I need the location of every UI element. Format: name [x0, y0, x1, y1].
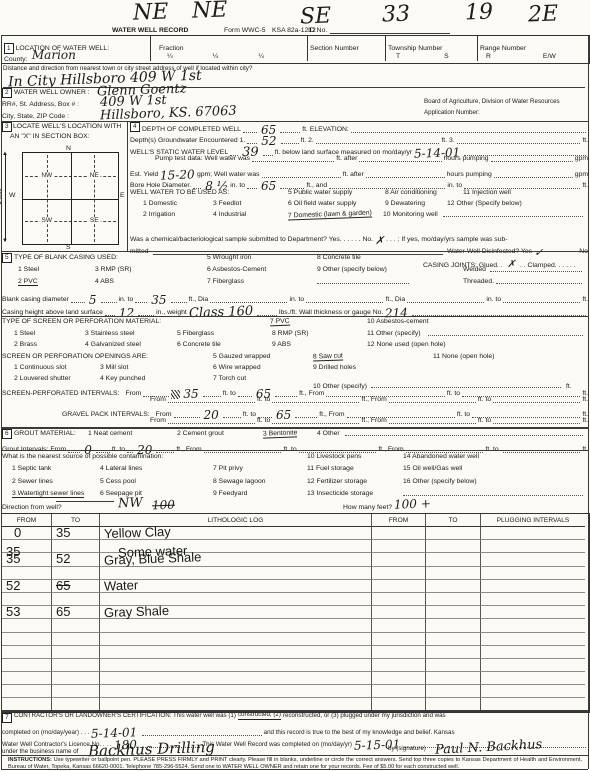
dotted-leader — [428, 331, 583, 336]
casing-diameter-label: Blank casing diameter — [2, 296, 69, 303]
lith-row-empty — [2, 685, 52, 698]
township-t: T — [396, 53, 400, 60]
grout-option-4: 4 Other — [317, 430, 340, 437]
scrawl-fraction-3: SE — [300, 5, 332, 28]
lith-from-cell: 53 — [2, 606, 52, 619]
certification-text-b: reconstructed, or (3) plugged under my j… — [283, 713, 446, 720]
plug-interval-cell — [481, 527, 585, 540]
gpm-label: gpm — [575, 155, 588, 162]
contamination-option-9: 9 Feedyard — [213, 490, 247, 497]
lith-desc-value: Water — [104, 577, 139, 593]
scrawl-fraction-2: NE — [192, 0, 228, 23]
screen-material-title: TYPE OF SCREEN OR PERFORATION MATERIAL: — [2, 318, 161, 325]
grout-option-3-selected: 3 Bentonite — [263, 429, 298, 438]
use-option-11: 11 Injection well — [463, 189, 511, 196]
locate-title-2: AN "X" IN SECTION BOX: — [10, 133, 90, 140]
casing-weight-value: Class 160 — [189, 305, 254, 320]
dotted-leader — [496, 279, 582, 284]
contamination-option-7: 7 Pit privy — [213, 465, 243, 472]
lith-from-cell: 52 — [2, 580, 52, 593]
opening-option-11: 11 None (open hole) — [433, 353, 494, 360]
screen-option-12: 12 None used (open hole) — [367, 341, 446, 348]
section-5-numbox: 5 — [2, 253, 12, 263]
ft-to-label: ft. to — [478, 396, 491, 403]
dotted-leader — [247, 184, 257, 189]
dotted-leader — [493, 419, 580, 424]
dotted-leader — [272, 398, 359, 403]
screen-option-10: 10 Asbestos-cement — [367, 318, 429, 325]
quarter-3: ¼ — [258, 53, 264, 60]
dotted-leader — [389, 419, 476, 424]
contamination-option-16: 16 Other (specify below) — [403, 478, 477, 485]
grout-option-1: 1 Neat cement — [88, 430, 132, 437]
casing-option-6: 6 Asbestos-Cement — [207, 266, 266, 273]
owner-city-value: Hillsboro, KS. 67063 — [100, 105, 237, 123]
scrawl-fraction-1: NE — [133, 1, 169, 24]
owner-label: WATER WELL OWNER : — [14, 89, 90, 96]
dotted-leader — [403, 491, 583, 496]
lithologic-log-table: FROM TO LITHOLOGIC LOG FROM TO PLUGGING … — [1, 513, 590, 713]
lith-to-value: 52 — [56, 551, 70, 566]
water-well-record-form: NE NE SE 33 19 2E WATER WELL RECORD Form… — [0, 0, 590, 771]
use-option-12: 12 Other (Specify below) — [447, 200, 522, 207]
signature-value: Paul N. Backhus — [435, 738, 543, 757]
ft-dia-label: ft., Dia — [189, 296, 209, 303]
opening-option-1: 1 Continuous slot — [14, 364, 67, 371]
dotted-leader — [493, 398, 580, 403]
use-option-7-selected: 7 Domestic (lawn & garden) — [288, 210, 372, 221]
gravel-pack-line-2: From ft. to ft., From ft. to ft. — [150, 417, 588, 424]
opening-option-8-selected: 8 Saw cut — [313, 352, 343, 361]
plug-header-intervals: PLUGGING INTERVALS — [481, 514, 585, 527]
how-many-feet-label: How many feet? — [343, 504, 392, 511]
lith-from-cell: 35 — [2, 553, 52, 566]
plug-to-cell — [426, 527, 481, 540]
use-option-2: 2 Irrigation — [143, 211, 175, 218]
pump-test-label: Pump test data: Well water was — [155, 155, 250, 162]
casing-height-label: Casing height above land surface — [2, 309, 103, 316]
quadrant-nw: NW — [39, 172, 54, 179]
use-option-1: 1 Domestic — [143, 200, 177, 207]
plug-interval-cell — [481, 606, 585, 619]
casing-option-9: 9 Other (specify below) — [317, 266, 387, 273]
lith-row-empty — [2, 646, 52, 659]
plug-from-cell — [372, 580, 426, 593]
from-label: From — [125, 390, 141, 397]
lith-to-value: 35 — [56, 525, 70, 540]
in-to-label: in. to — [230, 182, 245, 189]
feet-value: 100 + — [394, 497, 431, 510]
lith-to-value-struck: 65 — [56, 578, 70, 593]
from-label: From — [150, 396, 166, 403]
plug-to-cell — [426, 540, 481, 553]
screen-intervals-line-2: From ft. to ft., From ft. to ft. — [150, 396, 588, 403]
contamination-option-10: 10 Livestock pens — [307, 453, 361, 460]
divider — [1, 710, 588, 712]
lith-desc-cell: Yellow Clay — [100, 527, 372, 540]
opening-option-7: 7 Torch cut — [213, 375, 246, 382]
center-line-horizontal — [23, 199, 118, 200]
contamination-option-1: 1 Septic tank — [12, 465, 51, 472]
casing-option-7: 7 Fiberglass — [207, 278, 244, 285]
county-cell: County: Marion — [2, 47, 151, 61]
plug-from-cell — [372, 527, 426, 540]
ft-to-label: ft. to — [257, 417, 270, 424]
quarter-2: ¼ — [213, 53, 219, 60]
board-line: Board of Agriculture, Division of Water … — [424, 99, 560, 106]
plug-to-cell — [426, 606, 481, 619]
bore-hole-label: Bore Hole Diameter. — [130, 182, 191, 189]
form-number: Form WWC-5 — [224, 27, 266, 34]
lith-row-empty — [2, 672, 52, 685]
certification-line-1: CONTRACTOR'S OR LANDOWNER'S CERTIFICATIO… — [14, 712, 588, 720]
section-6-numbox: 6 — [2, 429, 12, 439]
grout-intervals-line: Grout Intervals: From 0 ft. to 20 ft., F… — [2, 441, 588, 453]
direction-from-well-label: Direction from well? — [2, 504, 62, 511]
scrawl-township: 19 — [465, 2, 494, 25]
contamination-option-2: 2 Sewer lines — [12, 478, 53, 485]
lith-from-value: 0 — [14, 525, 21, 540]
casing-option-1: 1 Steel — [18, 266, 39, 273]
section-box-diagram: NW NE SW SE — [22, 152, 119, 245]
casing-option-8: 8 Concrete tile — [317, 254, 361, 261]
dotted-leader — [359, 157, 441, 162]
use-option-3: 3 Feedlot — [213, 200, 241, 207]
contamination-option-14: 14 Abandoned water well — [403, 453, 479, 460]
use-option-8: 8 Air conditioning — [385, 189, 437, 196]
screen-option-9: 9 ABS — [272, 341, 291, 348]
contamination-option-13: 13 Insecticide storage — [307, 490, 373, 497]
mile-arrow-line — [5, 155, 6, 241]
fraction-header-cell: Fraction — [151, 36, 308, 47]
section-number-cell: Section Number — [308, 36, 386, 47]
lith-row-empty — [2, 619, 52, 632]
plug-interval-cell — [481, 540, 585, 553]
plug-from-cell — [372, 606, 426, 619]
in-to-label: in. to — [289, 296, 304, 303]
section-4-numbox: 4 — [130, 122, 140, 132]
scrawl-section: 33 — [382, 4, 411, 27]
contamination-option-4: 4 Lateral lines — [100, 465, 142, 472]
use-option-9: 9 Dewatering — [385, 200, 425, 207]
quarter-1: ¼ — [167, 53, 173, 60]
lith-desc-cell: Gray Shale — [100, 606, 372, 619]
lith-header-from: FROM — [2, 514, 52, 527]
form-title: WATER WELL RECORD — [112, 27, 188, 34]
township-number-cell: Township Number — [386, 36, 478, 47]
pump-test-line: Pump test data: Well water was ft. after… — [155, 155, 588, 162]
lith-to-cell: 52 — [52, 553, 100, 566]
compass-e: E — [120, 192, 125, 199]
section-7-numbox: 7 — [2, 713, 12, 723]
county-value: Marion — [32, 48, 76, 62]
certification-constructed-underlined: constructed, (2) — [238, 712, 281, 720]
opening-option-5: 5 Gauzed wrapped — [213, 353, 270, 360]
plug-header-to: TO — [426, 514, 481, 527]
id-number-label: ID No. — [308, 27, 327, 34]
opening-option-4: 4 Key punched — [100, 375, 145, 382]
contamination-option-3-selected: 3 Watertight sewer lines — [12, 490, 84, 498]
quadrant-sw: SW — [40, 217, 54, 224]
screen-option-2: 2 Brass — [14, 341, 37, 348]
direction-struck-value: 100 — [152, 499, 175, 512]
lith-row-empty — [2, 659, 52, 672]
opening-option-2: 2 Louvered shutter — [14, 375, 71, 382]
use-option-5: 5 Public water supply — [288, 189, 352, 196]
casing-height-line: Casing height above land surface 12 in.,… — [2, 303, 588, 316]
threaded-label: Threaded. — [463, 278, 494, 285]
mile-arrow-down-icon: ▼ — [2, 238, 8, 244]
direction-value: NW — [118, 497, 143, 511]
use-option-6: 6 Oil field water supply — [288, 200, 356, 207]
screen-option-11: 11 Other (specify) — [367, 330, 421, 337]
owner-city-label: City, State, ZIP Code : — [2, 113, 69, 120]
in-to-label: in. to — [119, 296, 134, 303]
lith-to-value: 65 — [56, 604, 70, 619]
certification-line-2: completed on (mo/day/year) . . . 5-14-01… — [2, 724, 588, 736]
ft-to-label: ft. to — [478, 417, 491, 424]
opening-option-3: 3 Mill slot — [100, 364, 128, 371]
section-value-cell — [308, 47, 386, 61]
casing-diameter-line: Blank casing diameter 5 in. to 35 ft., D… — [2, 291, 588, 303]
lith-desc-cell: Gray, Blue Shale — [100, 553, 372, 566]
opening-option-6: 6 Wire wrapped — [213, 364, 261, 371]
lith-to-cell: 65 — [52, 606, 100, 619]
divider — [1, 755, 588, 756]
township-ts-cell: T S — [386, 47, 478, 61]
bore-hole-to-value: 65 — [261, 180, 276, 192]
page-border-left — [1, 35, 2, 769]
chemical-sample-question: Was a chemical/bacteriological sample su… — [130, 236, 373, 243]
dotted-leader — [345, 431, 583, 436]
page-border-bottom — [1, 769, 588, 770]
range-r: R — [486, 53, 491, 60]
lith-from-value: 35 — [6, 551, 20, 566]
contamination-option-12: 12 Fertilizer storage — [307, 478, 367, 485]
chemical-sample-line: Was a chemical/bacteriological sample su… — [130, 232, 588, 243]
section-2-numbox: 2 — [2, 88, 12, 98]
welded-label: Welded — [463, 266, 486, 273]
contamination-option-11: 11 Fuel storage — [307, 465, 354, 472]
ft-and-label: ft., and — [306, 182, 327, 189]
divider — [127, 121, 128, 251]
plug-to-cell — [426, 580, 481, 593]
use-option-4: 4 Industrial — [213, 211, 246, 218]
location-header-cell: 1LOCATION OF WATER WELL: — [2, 36, 151, 47]
ft-from-label: ft., From — [361, 396, 386, 403]
casing-option-3: 3 RMP (SR) — [95, 266, 132, 273]
casing-title: TYPE OF BLANK CASING USED: — [14, 254, 118, 261]
plug-header-from: FROM — [372, 514, 426, 527]
lith-from-cell: 0 — [2, 527, 52, 540]
screen-option-4: 4 Galvanized steel — [85, 341, 141, 348]
dotted-leader — [389, 398, 476, 403]
screen-intervals-label: SCREEN-PERFORATED INTERVALS: — [2, 390, 119, 397]
township-s: S — [444, 53, 449, 60]
openings-title: SCREEN OR PERFORATION OPENINGS ARE: — [2, 353, 148, 360]
bore-hole-line: Bore Hole Diameter. 8 ½ in. to 65 ft., a… — [130, 177, 588, 189]
lith-desc-value: Yellow Clay — [104, 524, 171, 541]
screen-option-7-selected: 7 PVC — [270, 318, 290, 327]
divider — [1, 450, 588, 451]
direction-underline — [56, 501, 114, 502]
dotted-leader — [443, 212, 583, 217]
grout-title: GROUT MATERIAL: — [14, 430, 76, 437]
mile-arrow-up-icon: ▲ — [2, 151, 8, 157]
weight-label: in., weight — [156, 309, 187, 316]
screen-option-3: 3 Stainless steel — [85, 330, 135, 337]
ft-dia-label: ft., Dia — [385, 296, 405, 303]
plug-interval-cell — [481, 553, 585, 566]
lith-desc-value: Gray Shale — [104, 603, 170, 620]
certification-text-a: CONTRACTOR'S OR LANDOWNER'S CERTIFICATIO… — [14, 713, 236, 720]
ft-after-label: ft. after — [336, 155, 357, 162]
lith-to-cell: 65 — [52, 580, 100, 593]
screen-option-5: 5 Fiberglass — [177, 330, 214, 337]
casing-option-4: 4 ABS — [95, 278, 114, 285]
lith-from-value: 53 — [6, 604, 20, 619]
location-table: 1LOCATION OF WATER WELL: Fraction Sectio… — [1, 35, 590, 64]
screen-option-6: 6 Concrete tile — [177, 341, 221, 348]
dotted-leader — [272, 419, 359, 424]
distance-blank-line — [3, 87, 585, 88]
opening-option-9: 9 Drilled holes — [313, 364, 356, 371]
lith-row-empty — [2, 633, 52, 646]
range-rew-cell: R E/W — [478, 47, 585, 61]
in-to-label: in. to — [486, 296, 501, 303]
screen-option-8: 8 RMP (SR) — [272, 330, 309, 337]
locate-title-1: LOCATE WELL'S LOCATION WITH — [13, 123, 121, 130]
range-ew: E/W — [543, 53, 556, 60]
contamination-option-5: 5 Cess pool — [100, 478, 136, 485]
dotted-leader — [252, 157, 334, 162]
contamination-option-8: 8 Sewage lagoon — [213, 478, 266, 485]
instructions-text: Use typewriter or ballpoint pen. PLEASE … — [8, 757, 582, 770]
quadrant-ne: NE — [88, 172, 101, 179]
instructions-label: INSTRUCTIONS: — [8, 757, 52, 763]
lith-desc-value: Gray, Blue Shale — [104, 550, 202, 568]
plug-to-cell — [426, 553, 481, 566]
quarters-cell: ¼ ¼ ¼ — [151, 47, 308, 61]
used-as-title: WELL WATER TO BE USED AS: — [130, 189, 229, 196]
range-number-cell: Range Number — [478, 36, 585, 47]
ft-to-label: ft. to — [257, 396, 270, 403]
lith-from-value: 52 — [6, 578, 20, 593]
in-to-label: in. to — [447, 182, 462, 189]
county-label: County: — [4, 56, 27, 63]
gravel-pack-label: GRAVEL PACK INTERVALS: — [62, 411, 150, 418]
dotted-leader — [491, 157, 573, 162]
chemical-sample-tail: . . . ; If yes, mo/day/yrs sample was su… — [386, 236, 507, 243]
casing-option-5: 5 Wrought iron — [207, 254, 251, 261]
grout-option-2: 2 Cement grout — [177, 430, 224, 437]
casing-option-2-selected: 2 PVC — [18, 278, 38, 286]
dotted-leader — [317, 279, 409, 284]
hours-pumping-label: hours pumping — [444, 155, 489, 162]
screen-option-1: 1 Steel — [14, 330, 35, 337]
compass-w: W — [9, 192, 15, 199]
divider — [1, 316, 588, 317]
section-3-numbox: 3 — [2, 122, 12, 132]
lith-to-cell: 35 — [52, 527, 100, 540]
plug-interval-cell — [481, 580, 585, 593]
plug-from-cell — [372, 540, 426, 553]
application-number-label: Application Number: — [424, 110, 480, 117]
dotted-leader — [490, 267, 582, 272]
id-number-blank — [330, 33, 450, 34]
contamination-question: What is the nearest source of possible c… — [2, 453, 163, 460]
lith-desc-cell: Water — [100, 580, 372, 593]
divider — [1, 251, 588, 252]
quadrant-se: SE — [88, 217, 101, 224]
from-label: From — [150, 417, 166, 424]
page-border-right — [588, 35, 589, 769]
ft-from-label: ft., From — [361, 417, 386, 424]
signature-label: by (signature) — [388, 746, 426, 753]
record-completed-label: This Water Well Record was completed on … — [202, 742, 352, 749]
scrawl-range: 2E — [528, 3, 559, 26]
wall-thickness-label: lbs./ft. Wall thickness or gauge No. — [279, 309, 383, 316]
owner-address-label: RR#, St. Address, Box # : — [2, 101, 79, 108]
use-option-10: 10 Monitoring well — [383, 211, 438, 218]
dotted-leader — [168, 398, 255, 403]
dotted-leader — [168, 419, 255, 424]
plug-from-cell — [372, 553, 426, 566]
contamination-option-15: 15 Oil well/Gas well — [403, 465, 462, 472]
